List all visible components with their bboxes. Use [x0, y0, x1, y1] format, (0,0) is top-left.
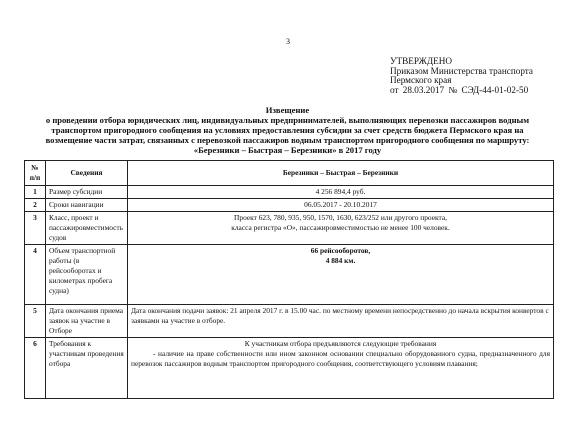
table-row: 1 Размер субсидии 4 256 894,4 руб.	[25, 186, 554, 199]
approval-stamp: УТВЕРЖДЕНО Приказом Министерства транспо…	[390, 57, 533, 95]
page-number: 3	[286, 37, 290, 46]
row-num: 1	[25, 186, 46, 199]
row-num: 2	[25, 199, 46, 212]
table-row: 3 Класс, проект и пассажировместимость с…	[25, 212, 554, 245]
row-value-line: 4 884 км.	[131, 256, 550, 266]
table-row: 4 Объем транспортной работы (в рейсообор…	[25, 245, 554, 305]
row-value-line: 66 рейсооборотов,	[131, 246, 550, 256]
row-num: 5	[25, 305, 46, 338]
row-label: Сроки навигации	[46, 199, 128, 212]
notice-title: Извещение	[0, 105, 575, 115]
row-value-line: Проект 623, 780, 935, 950, 1570, 1630, 6…	[131, 213, 550, 223]
info-table: № п/п Сведения Березники – Быстрая – Бер…	[24, 160, 554, 399]
row-value: 06.05.2017 - 20.10.2017	[128, 199, 554, 212]
row-value: Проект 623, 780, 935, 950, 1570, 1630, 6…	[128, 212, 554, 245]
row-label: Требования к участникам проведения отбор…	[46, 338, 128, 399]
row-label: Дата окончания приема заявок на участие …	[46, 305, 128, 338]
row-value-line: класса регистра «О», пассажировместимост…	[131, 223, 550, 233]
row-num: 4	[25, 245, 46, 305]
header-route: Березники – Быстрая – Березники	[128, 161, 554, 186]
table-row: 6 Требования к участникам проведения отб…	[25, 338, 554, 399]
row-value-line: К участникам отбора предъявляются следую…	[131, 339, 550, 349]
table-row: 2 Сроки навигации 06.05.2017 - 20.10.201…	[25, 199, 554, 212]
notice-body: о проведении отбора юридических лиц, инд…	[0, 115, 575, 155]
row-num: 6	[25, 338, 46, 399]
header-label: Сведения	[46, 161, 128, 186]
row-label: Класс, проект и пассажировместимость суд…	[46, 212, 128, 245]
row-num: 3	[25, 212, 46, 245]
row-value: Дата окончания подачи заявок: 21 апреля …	[128, 305, 554, 338]
approval-date-number: от 28.03.2017 № СЭД-44-01-02-50	[390, 86, 533, 96]
row-value: 4 256 894,4 руб.	[128, 186, 554, 199]
table-row: 5 Дата окончания приема заявок на участи…	[25, 305, 554, 338]
row-value: К участникам отбора предъявляются следую…	[128, 338, 554, 399]
header-num: № п/п	[25, 161, 46, 186]
row-value-line: - наличие на праве собственности или ино…	[131, 349, 550, 369]
row-value: 66 рейсооборотов, 4 884 км.	[128, 245, 554, 305]
row-label: Объем транспортной работы (в рейсооборот…	[46, 245, 128, 305]
row-label: Размер субсидии	[46, 186, 128, 199]
notice-header: Извещение о проведении отбора юридически…	[0, 105, 575, 155]
table-header-row: № п/п Сведения Березники – Быстрая – Бер…	[25, 161, 554, 186]
